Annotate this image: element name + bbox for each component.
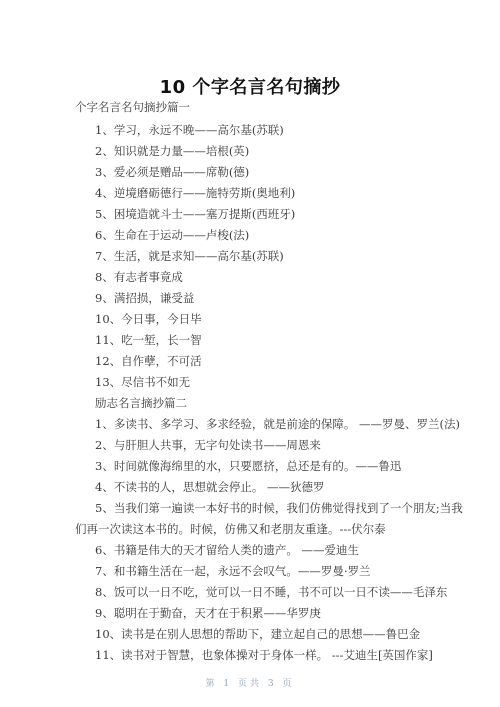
quote-item: 5、当我们第一遍读一本好书的时候，我们仿佛觉得找到了一个朋友;当我 [95,500,463,516]
section-heading-1: 个字名言名句摘抄篇一 [75,99,190,115]
quote-item: 2、与肝胆人共事，无字句处读书——周恩来 [95,437,321,453]
quote-item: 8、有志者事竟成 [95,269,183,285]
document-page: 10 个字名言名句摘抄 个字名言名句摘抄篇一 1、学习，永远不晚——高尔基(苏联… [0,0,500,707]
quote-item: 3、时间就像海绵里的水，只要愿挤，总还是有的。——鲁迅 [95,458,401,474]
quote-item: 9、聪明在于勤奋，天才在于积累——华罗庚 [95,605,321,621]
quote-item: 4、不读书的人，思想就会停止。 ——狄德罗 [95,479,324,495]
quote-item: 11、吃一堑，长一智 [95,332,202,348]
section-heading-2: 励志名言摘抄篇二 [95,395,187,411]
quote-item: 2、知识就是力量——培根(英) [95,143,249,159]
document-title: 10 个字名言名句摘抄 [0,73,500,99]
quote-item: 12、自作孽，不可活 [95,353,202,369]
page-number-footer: 第 1 页共 3 页 [0,676,500,689]
quote-item: 5、困境造就斗士——塞万提斯(西班牙) [95,206,295,222]
quote-item: 6、书籍是伟大的天才留给人类的遗产。 ——爱迪生 [95,542,359,558]
quote-item: 10、读书是在别人思想的帮助下，建立起自己的思想——鲁巴金 [95,626,420,642]
quote-item: 4、逆境磨砺德行——施特劳斯(奥地利) [95,185,295,201]
quote-item: 1、学习，永远不晚——高尔基(苏联) [95,122,284,138]
quote-item-continuation: 们再一次读这本书的。时候，仿佛又和老朋友重逢。---伏尔泰 [75,521,386,537]
quote-item: 7、和书籍生活在一起，永远不会叹气。——罗曼·罗兰 [95,563,370,579]
quote-item: 6、生命在于运动——卢梭(法) [95,227,249,243]
quote-item: 10、今日事，今日毕 [95,311,202,327]
quote-item: 3、爱必须是赠品——席勒(德) [95,164,249,180]
quote-item: 11、读书对于智慧，也象体操对于身体一样。 ---艾迪生[英国作家] [95,647,433,663]
quote-item: 13、尽信书不如无 [95,374,190,390]
quote-item: 7、生活，就是求知——高尔基(苏联) [95,248,284,264]
quote-item: 9、满招损，谦受益 [95,290,194,306]
quote-item: 1、多读书、多学习、多求经验，就是前途的保障。 ——罗曼、罗兰(法) [95,416,460,432]
quote-item: 8、饭可以一日不吃，觉可以一日不睡，书不可以一日不读——毛泽东 [95,584,447,600]
